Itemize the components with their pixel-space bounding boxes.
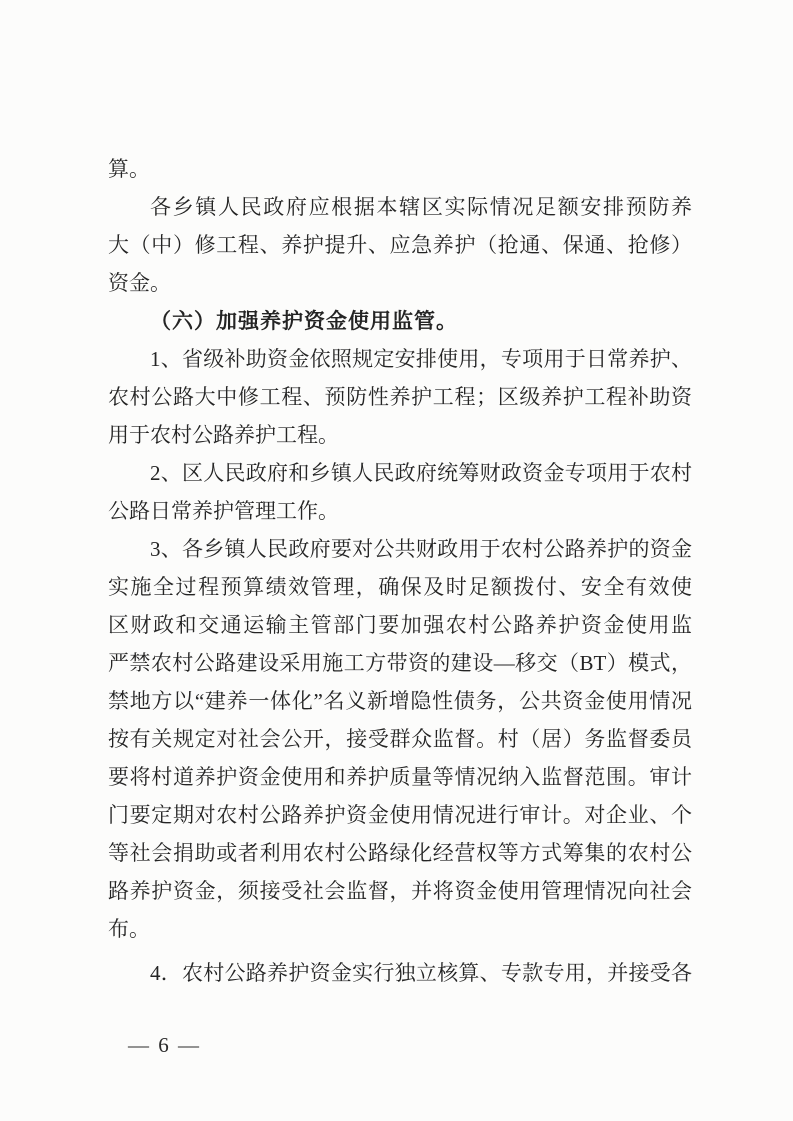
text-line: 4．农村公路养护资金实行独立核算、专款专用，并接受各	[108, 954, 692, 992]
section-heading: （六）加强养护资金使用监管。	[108, 302, 692, 340]
text-line: 资金。	[108, 264, 692, 302]
text-line: 门要定期对农村公路养护资金使用情况进行审计。对企业、个人	[108, 796, 692, 834]
page-number: — 6 —	[128, 1033, 201, 1058]
text-line: 禁地方以“建养一体化”名义新增隐性债务，公共资金使用情况要	[108, 682, 692, 720]
text-line: 区财政和交通运输主管部门要加强农村公路养护资金使用监管，	[108, 606, 692, 644]
text-line: 布。	[108, 910, 692, 948]
text-line: 各乡镇人民政府应根据本辖区实际情况足额安排预防养护、	[108, 188, 692, 226]
document-page: 算。 各乡镇人民政府应根据本辖区实际情况足额安排预防养护、 大（中）修工程、养护…	[0, 0, 793, 1121]
text-line: 用于农村公路养护工程。	[108, 416, 692, 454]
text-line: 路养护资金，须接受社会监督，并将资金使用管理情况向社会公	[108, 872, 692, 910]
text-line: 农村公路大中修工程、预防性养护工程；区级养护工程补助资金	[108, 378, 692, 416]
text-line: 公路日常养护管理工作。	[108, 492, 692, 530]
text-line: 算。	[108, 150, 692, 188]
text-line: 大（中）修工程、养护提升、应急养护（抢通、保通、抢修）等	[108, 226, 692, 264]
text-line: 2、区人民政府和乡镇人民政府统筹财政资金专项用于农村	[108, 454, 692, 492]
text-line: 按有关规定对社会公开，接受群众监督。村（居）务监督委员会	[108, 720, 692, 758]
text-line: 要将村道养护资金使用和养护质量等情况纳入监督范围。审计部	[108, 758, 692, 796]
text-line: 3、各乡镇人民政府要对公共财政用于农村公路养护的资金	[108, 530, 692, 568]
document-body: 算。 各乡镇人民政府应根据本辖区实际情况足额安排预防养护、 大（中）修工程、养护…	[108, 150, 692, 992]
text-line: 等社会捐助或者利用农村公路绿化经营权等方式筹集的农村公	[108, 834, 692, 872]
text-line: 严禁农村公路建设采用施工方带资的建设—移交（BT）模式，严	[108, 644, 692, 682]
text-line: 1、省级补助资金依照规定安排使用，专项用于日常养护、	[108, 340, 692, 378]
text-line: 实施全过程预算绩效管理，确保及时足额拨付、安全有效使用。	[108, 568, 692, 606]
